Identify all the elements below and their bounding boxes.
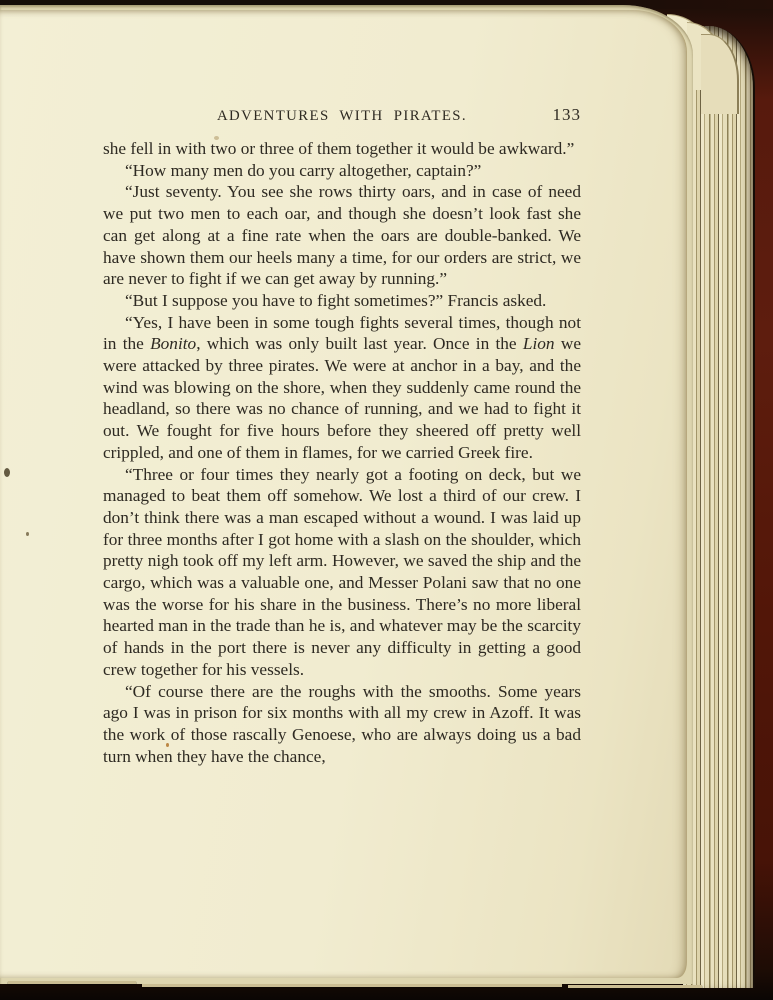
paragraph-text: , which was only built last year. Once i… xyxy=(196,334,523,353)
paragraph: “Three or four times they nearly got a f… xyxy=(103,464,581,681)
book-page: ADVENTURES WITH PIRATES. 133 she fell in… xyxy=(0,10,687,978)
paragraph: “Of course there are the roughs with the… xyxy=(103,681,581,768)
paragraph-text: “But I suppose you have to fight sometim… xyxy=(125,291,546,310)
ship-name-italic: Lion xyxy=(523,334,555,353)
paragraph-text: “Of course there are the roughs with the… xyxy=(103,682,581,766)
book-photo: ADVENTURES WITH PIRATES. 133 she fell in… xyxy=(0,0,773,1000)
paragraph: “How many men do you carry altogether, c… xyxy=(103,160,581,182)
running-header: ADVENTURES WITH PIRATES. xyxy=(103,106,581,126)
paper-speck xyxy=(26,532,29,536)
bottom-page-edges xyxy=(568,985,702,988)
page-header: ADVENTURES WITH PIRATES. 133 xyxy=(103,106,581,126)
paragraph-text: “Just seventy. You see she rows thirty o… xyxy=(103,182,581,288)
paragraph: “Yes, I have been in some tough fights s… xyxy=(103,312,581,464)
paragraph: “Just seventy. You see she rows thirty o… xyxy=(103,181,581,290)
ship-name-italic: Bonito xyxy=(150,334,196,353)
paragraph-text: she fell in with two or three of them to… xyxy=(103,139,574,158)
paragraph-text: “How many men do you carry altogether, c… xyxy=(125,161,481,180)
page-content: ADVENTURES WITH PIRATES. 133 she fell in… xyxy=(103,10,581,767)
bottom-page-edges xyxy=(8,981,136,984)
page-number: 133 xyxy=(553,105,582,125)
text-block: she fell in with two or three of them to… xyxy=(103,138,581,767)
paragraph-text: “Three or four times they nearly got a f… xyxy=(103,465,581,679)
paper-speck xyxy=(4,468,10,477)
stacked-page-corner xyxy=(701,34,739,114)
paragraph: she fell in with two or three of them to… xyxy=(103,138,581,160)
bottom-page-edges xyxy=(142,984,562,987)
paragraph: “But I suppose you have to fight sometim… xyxy=(103,290,581,312)
paragraph-text: we were attacked by three pirates. We we… xyxy=(103,334,581,462)
page-stack-fore-edge xyxy=(683,26,755,988)
